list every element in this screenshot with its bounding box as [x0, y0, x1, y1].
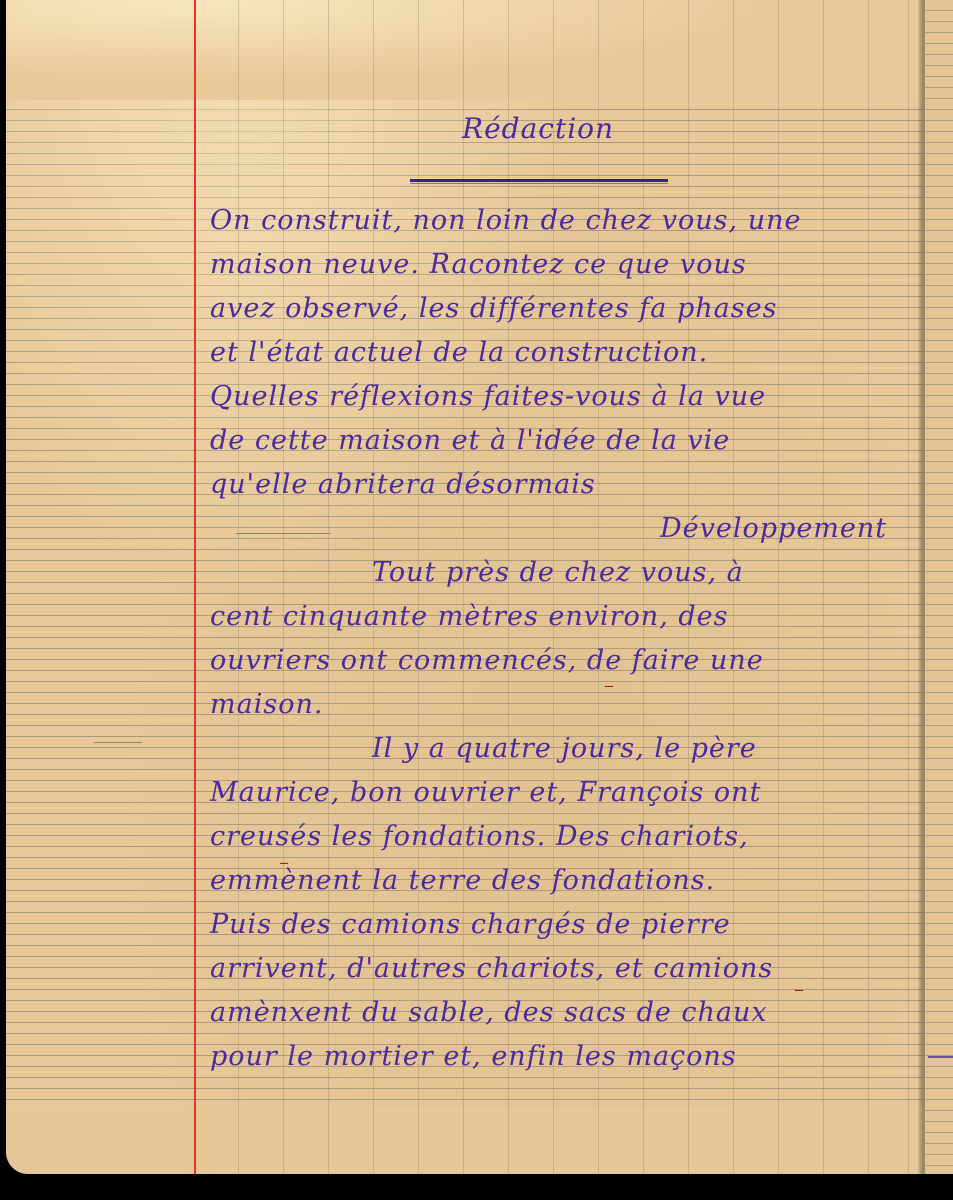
pencil-dash: [236, 533, 331, 534]
body-line: ouvriers ont commencés, de faire une: [210, 645, 764, 676]
correction-mark: _: [605, 668, 613, 687]
body-line: creusés les fondations. Des chariots,: [210, 821, 749, 852]
prompt-line: On construit, non loin de chez vous, une: [210, 205, 801, 236]
grid-line: [778, 0, 779, 1174]
page-bottom-blank: [6, 1108, 922, 1174]
body-line: amènxent du sable, des sacs de chaux: [210, 997, 768, 1028]
body-line: Maurice, bon ouvrier et, François ont: [210, 777, 761, 808]
prompt-line: de cette maison et à l'idée de la vie: [210, 425, 730, 456]
body-line: Tout près de chez vous, à: [372, 557, 744, 588]
correction-mark: _: [280, 845, 288, 864]
grid-line: [823, 0, 824, 1174]
pencil-dash: [94, 742, 142, 743]
title-underline-shadow: [410, 183, 668, 184]
red-margin-rule: [194, 0, 196, 1174]
title-underline: [410, 179, 668, 182]
body-line: pour le mortier et, enfin les maçons: [210, 1041, 737, 1072]
grid-line: [908, 0, 909, 1174]
page-top-blank: [6, 0, 922, 100]
prompt-line: maison neuve. Racontez ce que vous: [210, 249, 747, 280]
ink-dash-mark: [928, 1056, 953, 1058]
body-line: Puis des camions chargés de pierre: [210, 909, 731, 940]
grid-line: [868, 0, 869, 1174]
prompt-line: et l'état actuel de la construction.: [210, 337, 708, 368]
prompt-line: Quelles réflexions faites-vous à la vue: [210, 381, 766, 412]
body-line: maison.: [210, 689, 323, 720]
facing-page-edge: [922, 0, 953, 1174]
body-line: arrivent, d'autres chariots, et camions: [210, 953, 773, 984]
correction-mark: _: [795, 972, 803, 991]
body-line: cent cinquante mètres environ, des: [210, 601, 728, 632]
prompt-line: avez observé, les différentes fa phases: [210, 293, 777, 324]
essay-title: Rédaction: [462, 112, 614, 145]
body-line: Il y a quatre jours, le père: [372, 733, 757, 764]
body-line: emmènent la terre des fondations.: [210, 865, 715, 896]
section-heading: Développement: [660, 513, 887, 544]
prompt-line: qu'elle abritera désormais: [210, 469, 596, 500]
